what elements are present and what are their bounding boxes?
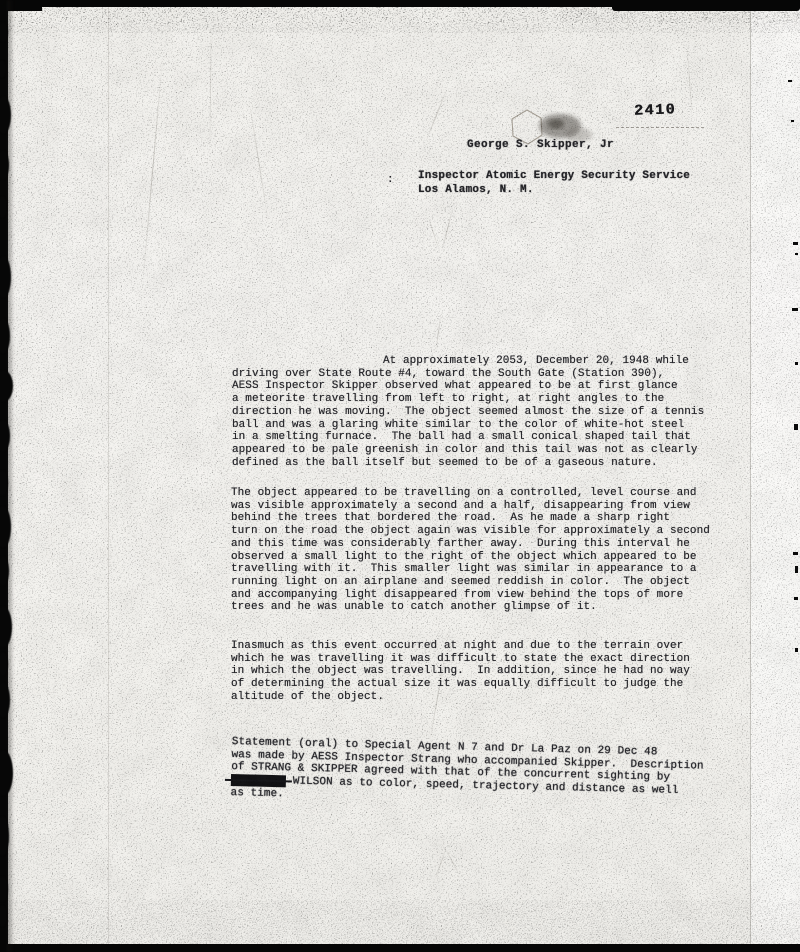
paragraph-night-conditions: Inasmuch as this event occurred at night… (231, 640, 690, 704)
scratch-mark (425, 88, 448, 142)
text-line: and this time was considerably farther a… (231, 538, 710, 551)
text-line: ball and was a glaring white similar to … (232, 419, 704, 432)
fold-line-right (750, 0, 751, 952)
scan-edge-left-halo (7, 0, 14, 952)
scratch-mark (441, 206, 454, 253)
scan-tick (793, 242, 798, 245)
text-line: turn on the road the object again was vi… (231, 525, 710, 538)
text-line: altitude of the object. (231, 691, 690, 704)
text-line: and accompanying light disappeared from … (231, 589, 710, 602)
fold-line-left (108, 0, 109, 952)
scan-tick (795, 362, 798, 365)
text-line: in a smelting furnace. The ball had a sm… (232, 431, 704, 444)
recipient-title: Inspector Atomic Energy Security Service (418, 170, 690, 182)
scan-tick (795, 648, 798, 652)
scan-tick (788, 80, 792, 82)
text-line: travelling with it. This smaller light w… (231, 563, 710, 576)
scratch-mark (686, 40, 693, 120)
text-line: The object appeared to be travelling on … (231, 487, 710, 500)
address-colon: : (387, 174, 394, 186)
text-line: of determining the actual size it was eq… (231, 678, 690, 691)
recipient-location: Los Alamos, N. M. (418, 184, 534, 196)
scratch-mark (435, 312, 442, 352)
scratch-mark (209, 14, 211, 164)
scan-tick (794, 597, 798, 600)
document-page: 2410 George S. Skipper, Jr : Inspector A… (0, 0, 800, 952)
scratch-mark (427, 213, 441, 253)
scan-tick (795, 566, 798, 573)
smudge-mark (539, 114, 581, 138)
scratch-mark (142, 52, 164, 291)
text-line: which he was travelling it was difficult… (231, 653, 690, 666)
text-line: in which the object was travelling. In a… (231, 665, 690, 678)
text-line: trees and he was unable to catch another… (231, 601, 710, 614)
paragraph-statement: Statement (oral) to Special Agent N 7 an… (230, 736, 704, 811)
text-line: Inasmuch as this event occurred at night… (231, 640, 690, 653)
scan-edge-bottom (0, 944, 800, 952)
scan-tick (792, 308, 798, 311)
scan-tick (793, 552, 798, 555)
text-line: a meteorite travelling from left to righ… (232, 393, 704, 406)
scratch-mark (434, 847, 447, 881)
text-line: defined as the ball itself but seemed to… (232, 457, 704, 470)
smudge-mark (548, 119, 564, 129)
pencil-marks (494, 100, 624, 162)
paragraph-object-course: The object appeared to be travelling on … (231, 487, 710, 614)
text-line: AESS Inspector Skipper observed what app… (232, 380, 704, 393)
page-number-underline (616, 127, 704, 128)
scratch-mark (248, 96, 269, 225)
scan-tick (791, 120, 794, 122)
scan-tick (795, 253, 798, 255)
recipient-name: George S. Skipper, Jr (467, 139, 614, 151)
redaction-mark: XXXXXXXX (231, 774, 286, 787)
text-line: At approximately 2053, December 20, 1948… (232, 355, 704, 368)
scratch-mark (444, 847, 461, 877)
text-line: driving over State Route #4, toward the … (232, 368, 704, 381)
text-line: running light on an airplane and seemed … (231, 576, 710, 589)
scan-tick (794, 424, 798, 430)
text-line: appeared to be pale greenish in color an… (232, 444, 704, 457)
page-edge-strip (751, 7, 800, 944)
scan-edge-top-right (612, 0, 800, 11)
page-number: 2410 (634, 101, 677, 119)
text-line: direction he was moving. The object seem… (232, 406, 704, 419)
text-line: behind the trees that bordered the road.… (231, 512, 710, 525)
text-line: was visible approximately a second and a… (231, 500, 710, 513)
text-line: observed a small light to the right of t… (231, 551, 710, 564)
paragraph-sighting-description: At approximately 2053, December 20, 1948… (232, 355, 704, 469)
